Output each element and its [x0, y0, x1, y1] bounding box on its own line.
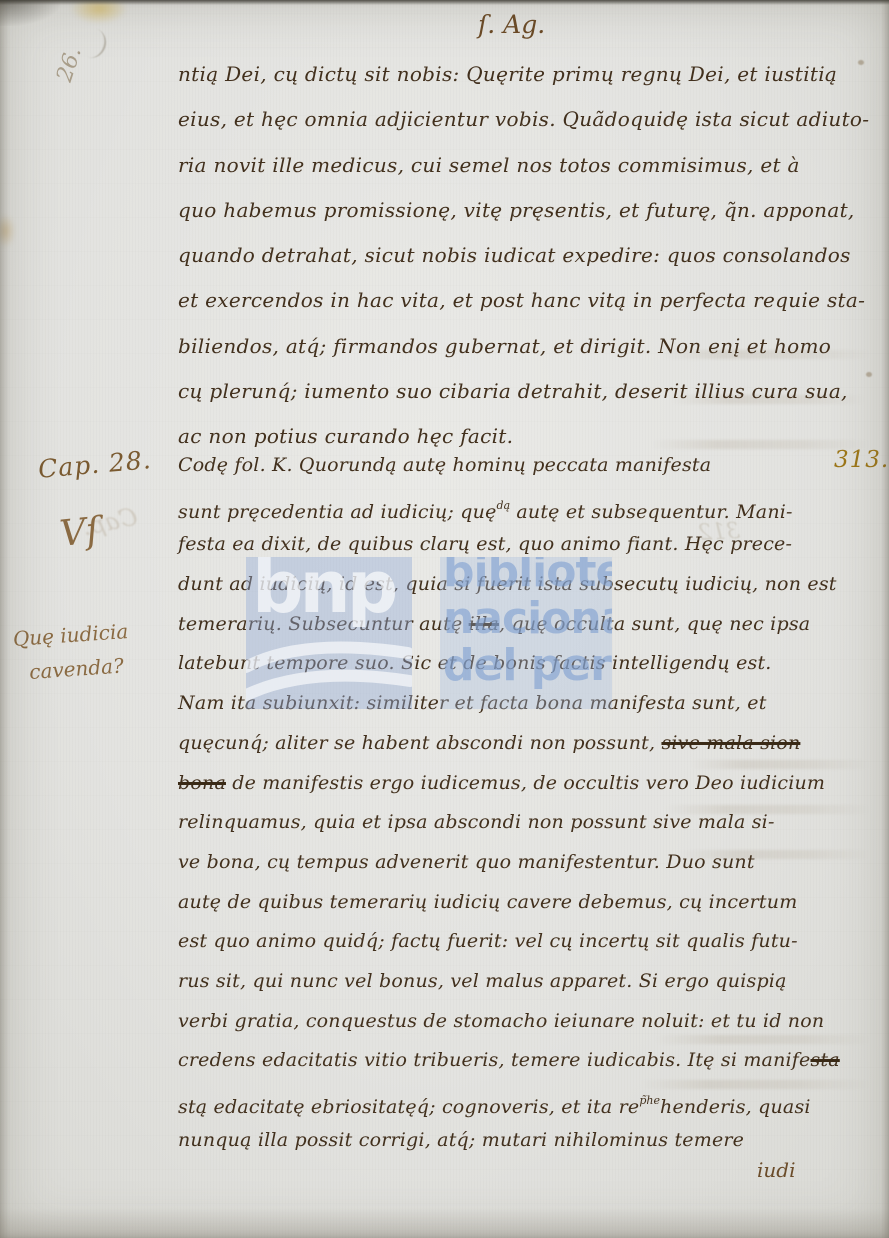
text-segment: autę et subsequentur. Mani- — [510, 501, 793, 523]
paper-stain — [70, 0, 128, 24]
text-segment: biliendos, atq́; firmandos gubernat, et … — [178, 334, 831, 358]
manuscript-line: et exercendos in hac vita, et post hanc … — [178, 283, 869, 328]
text-segment: , quę occulta sunt, quę nec ipsa — [499, 613, 810, 635]
manuscript-line: stą edacitatę ebriositatęq́; cognoveris,… — [178, 1085, 840, 1125]
manuscript-line: Nam ita subiunxit: similiter et facta bo… — [178, 688, 840, 728]
corner-shadow — [0, 0, 60, 26]
text-segment: de manifestis ergo iudicemus, de occulti… — [226, 772, 825, 794]
margin-chapter-note: Cap. 28. — [37, 445, 153, 484]
struck-text: bona — [178, 772, 226, 794]
folio-number: 313. — [834, 447, 889, 473]
manuscript-line: est quo animo quidq́; factų fuerit: vel … — [178, 926, 840, 966]
manuscript-line: quo habemus promissionę, vitę pręsentis,… — [178, 193, 869, 238]
struck-text: sive mala sion — [661, 732, 800, 754]
text-segment: credens edacitatis vitio tribueris, teme… — [178, 1049, 810, 1071]
manuscript-line: nunquą illa possit corrigi, atq́; mutari… — [178, 1125, 840, 1165]
text-segment: Nam ita subiunxit: similiter et facta bo… — [178, 692, 767, 714]
text-segment: cų plerunq́; iumento suo cibaria detrahi… — [178, 379, 848, 403]
text-segment: dunt ad iudicių, id est, quia si fuerit … — [178, 573, 837, 595]
text-segment: temerarių. Subsecuntur autę — [178, 613, 469, 635]
manuscript-line: rus sit, qui nunc vel bonus, vel malus a… — [178, 966, 840, 1006]
manuscript-line: quęcunq́; aliter se habent abscondi non … — [178, 728, 840, 768]
margin-monogram: Vſ — [58, 510, 101, 555]
text-segment: relinquamus, quia et ipsa abscondi non p… — [178, 811, 775, 833]
text-segment: est quo animo quidq́; factų fuerit: vel … — [178, 930, 798, 952]
margin-query-line2: cavenda? — [28, 648, 132, 689]
paragraph-second: Codę fol. K. Quorundą autę hominų peccat… — [178, 450, 840, 1164]
text-segment: ac non potius curando hęc facit. — [178, 424, 513, 448]
text-segment: stą edacitatę ebriositatęq́; cognoveris,… — [178, 1096, 639, 1118]
text-segment: quando detrahat, sicut nobis iudicat exp… — [178, 243, 851, 267]
struck-text: illa — [469, 613, 499, 635]
manuscript-line: biliendos, atq́; firmandos gubernat, et … — [178, 329, 869, 374]
catchword: iudi — [757, 1158, 795, 1182]
text-segment: festa ea dixit, de quibus clarų est, quo… — [178, 533, 792, 555]
manuscript-line: ntią Dei, cų dictų sit nobis: Quęrite pr… — [178, 57, 869, 102]
text-segment: autę de quibus temerarių iudicių cavere … — [178, 891, 797, 913]
text-segment: verbi gratia, conquestus de stomacho iei… — [178, 1010, 824, 1032]
manuscript-line: relinquamus, quia et ipsa abscondi non p… — [178, 807, 840, 847]
manuscript-line: quando detrahat, sicut nobis iudicat exp… — [178, 238, 869, 283]
manuscript-line: ria novit ille medicus, cui semel nos to… — [178, 148, 869, 193]
interlinear-insertion: p̃he — [639, 1094, 660, 1107]
manuscript-line: latebunt tempore suo. Sic et de bonis fa… — [178, 648, 840, 688]
text-segment: sunt pręcedentia ad iudicių; quę — [178, 501, 497, 523]
text-segment: henderis, quasi — [660, 1096, 811, 1118]
interlinear-insertion: dą — [497, 499, 511, 512]
header-mark: ſ. Ag. — [478, 10, 545, 39]
text-segment: eius, et hęc omnia adjicientur vobis. Qu… — [178, 107, 869, 131]
manuscript-line: autę de quibus temerarių iudicių cavere … — [178, 887, 840, 927]
struck-text: sta — [810, 1049, 839, 1071]
manuscript-line: credens edacitatis vitio tribueris, teme… — [178, 1045, 840, 1085]
text-segment: rus sit, qui nunc vel bonus, vel malus a… — [178, 970, 787, 992]
text-segment: nunquą illa possit corrigi, atq́; mutari… — [178, 1129, 744, 1151]
text-segment: ntią Dei, cų dictų sit nobis: Quęrite pr… — [178, 62, 837, 86]
manuscript-line: bona de manifestis ergo iudicemus, de oc… — [178, 768, 840, 808]
text-segment: quo habemus promissionę, vitę pręsentis,… — [178, 198, 855, 222]
manuscript-line: Codę fol. K. Quorundą autę hominų peccat… — [178, 450, 840, 490]
text-segment: et exercendos in hac vita, et post hanc … — [178, 288, 865, 312]
paper-stain — [0, 214, 16, 248]
manuscript-line: sunt pręcedentia ad iudicių; quędą autę … — [178, 490, 840, 530]
manuscript-line: ve bona, cų tempus advenerit quo manifes… — [178, 847, 840, 887]
manuscript-line: festa ea dixit, de quibus clarų est, quo… — [178, 529, 840, 569]
margin-query-note: Quę iudicia cavenda? — [12, 614, 132, 690]
corner-annotation: 26. — [52, 44, 87, 85]
manuscript-line: dunt ad iudicių, id est, quia si fuerit … — [178, 569, 840, 609]
text-segment: latebunt tempore suo. Sic et de bonis fa… — [178, 652, 772, 674]
manuscript-line: temerarių. Subsecuntur autę illa, quę oc… — [178, 609, 840, 649]
manuscript-page: 312 Cap. ſ. Ag. 26. ntią Dei, cų dictų s… — [0, 0, 889, 1238]
text-segment: ve bona, cų tempus advenerit quo manifes… — [178, 851, 755, 873]
manuscript-line: cų plerunq́; iumento suo cibaria detrahi… — [178, 374, 869, 419]
text-segment: Codę fol. K. Quorundą autę hominų peccat… — [178, 454, 711, 476]
manuscript-line: eius, et hęc omnia adjicientur vobis. Qu… — [178, 102, 869, 147]
paragraph-first: ntią Dei, cų dictų sit nobis: Quęrite pr… — [178, 57, 869, 465]
text-segment: ria novit ille medicus, cui semel nos to… — [178, 153, 800, 177]
text-segment: quęcunq́; aliter se habent abscondi non … — [178, 732, 661, 754]
manuscript-line: verbi gratia, conquestus de stomacho iei… — [178, 1006, 840, 1046]
